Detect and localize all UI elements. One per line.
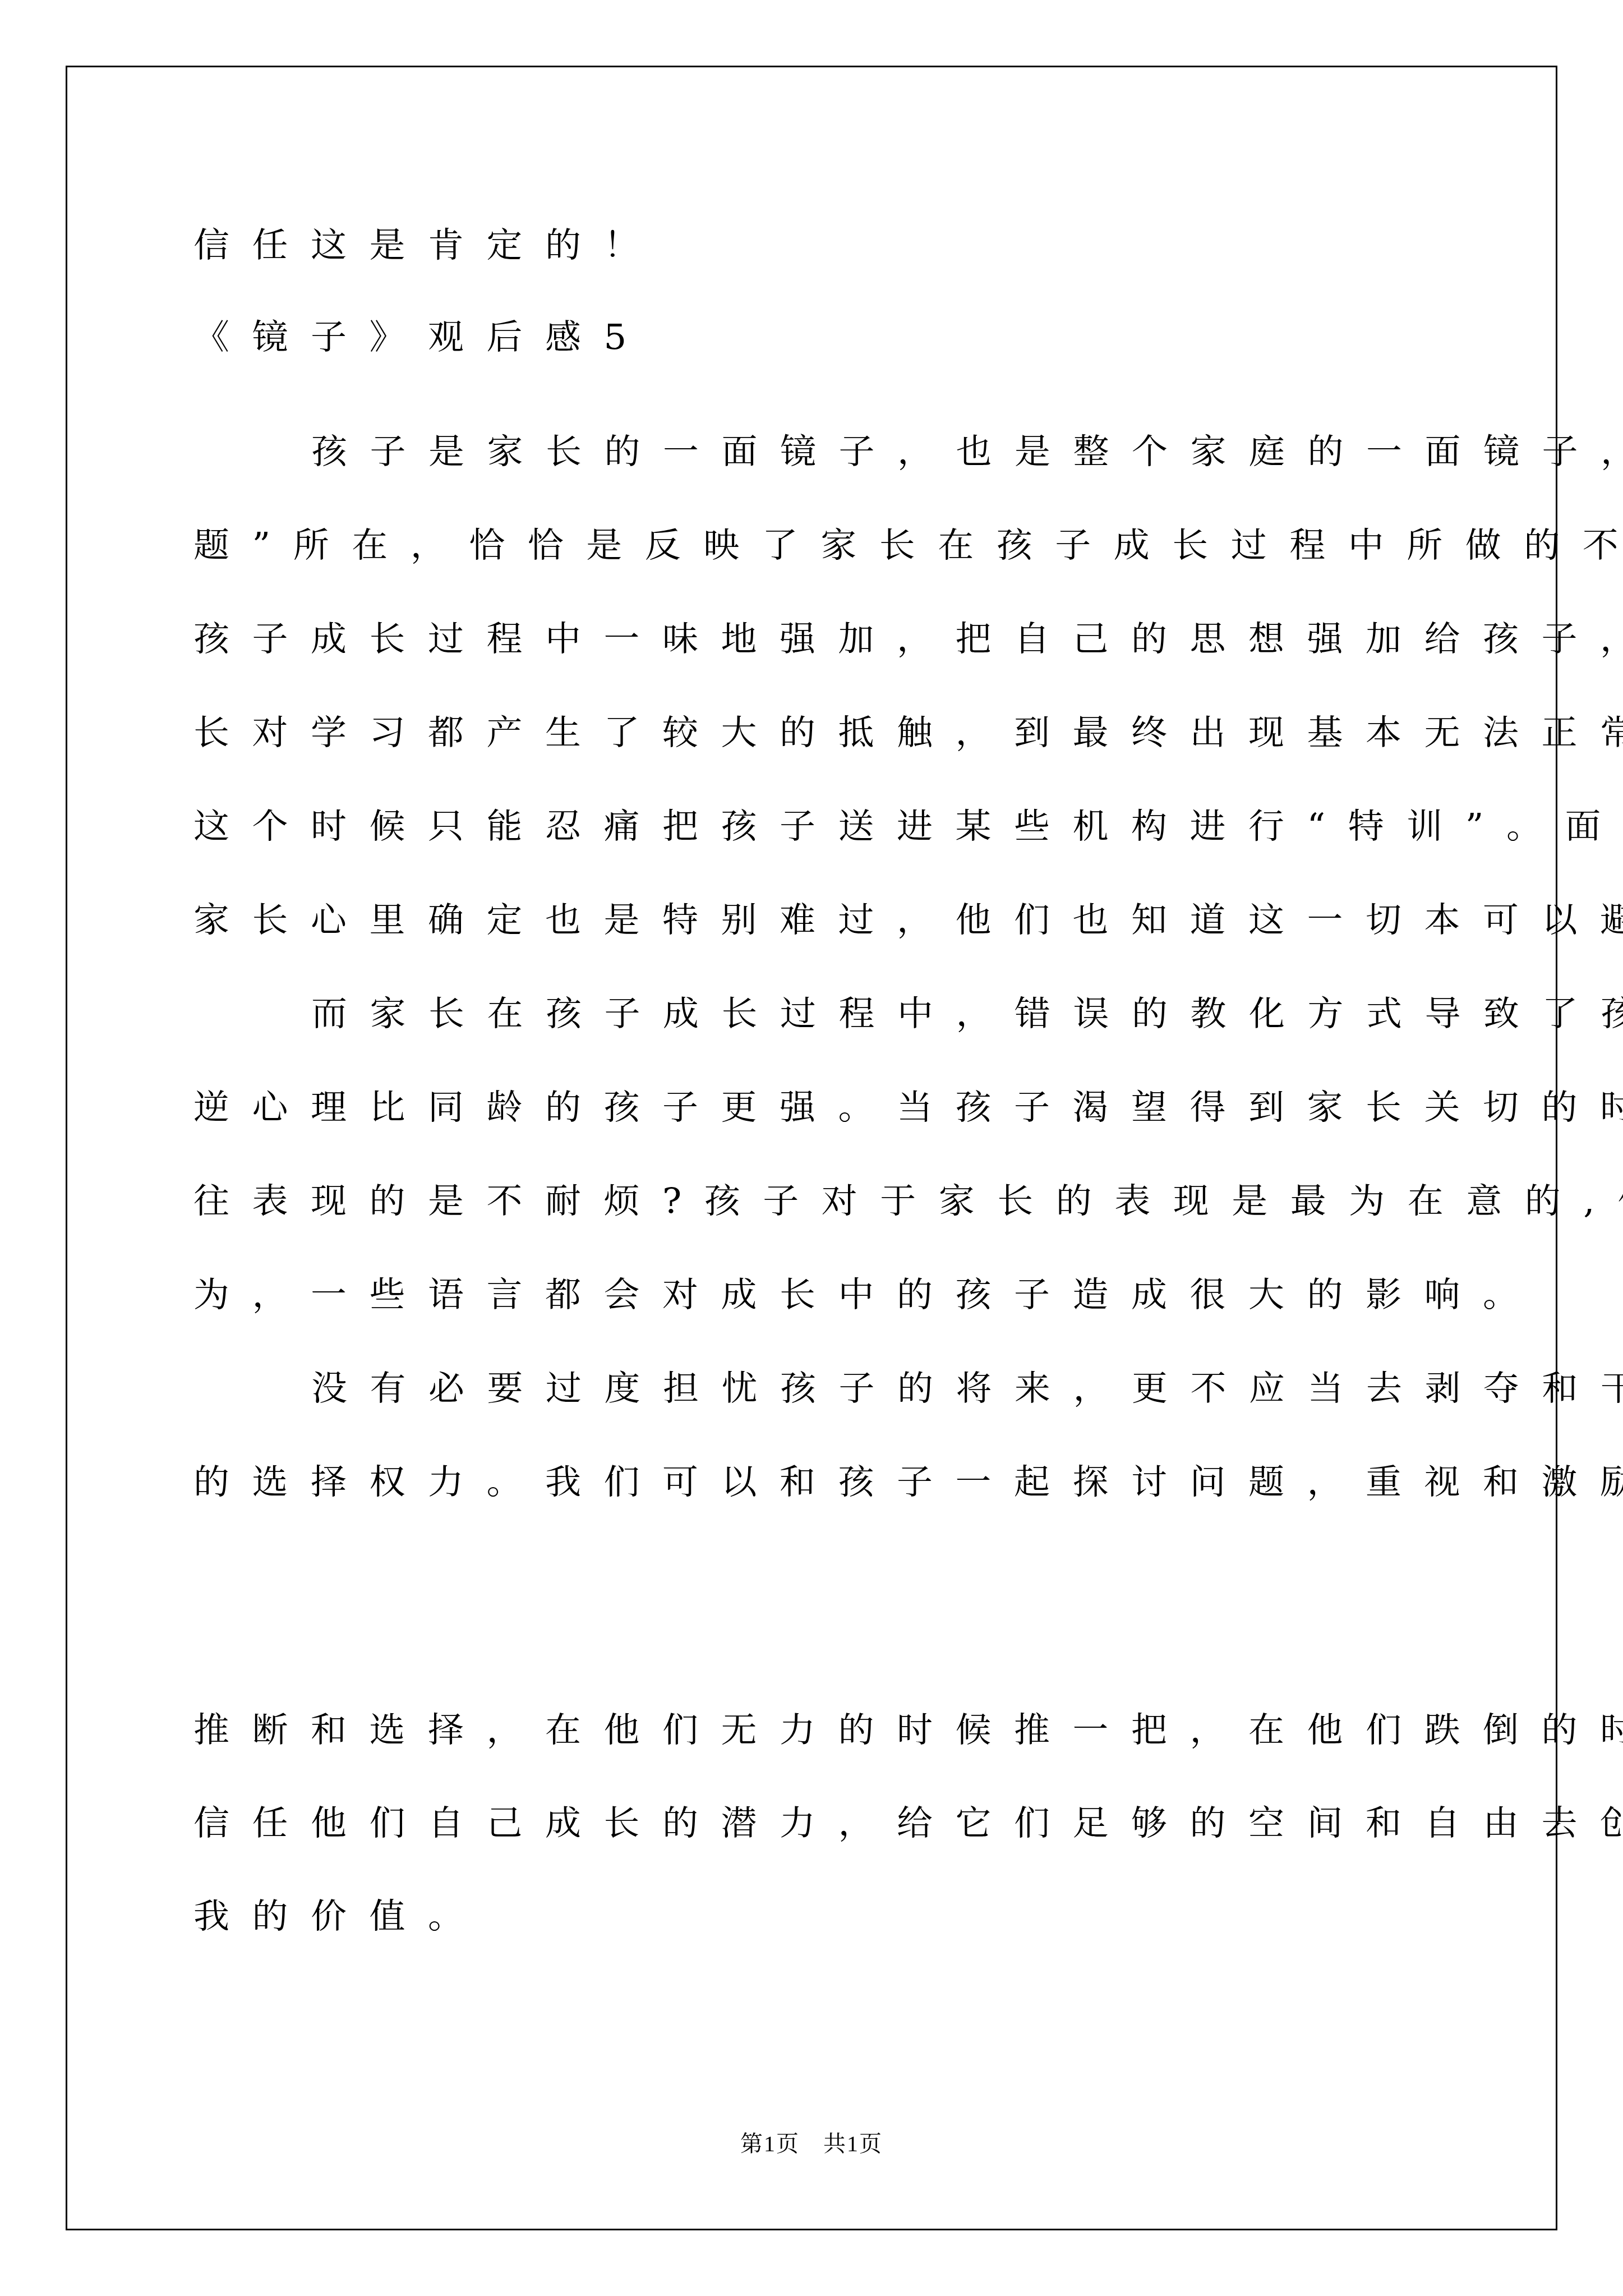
text-line: 没有必要过度担忧孩子的将来，更不应当去剥夺和干预孩子自主 <box>311 1372 1623 1406</box>
text-line: 为，一些语言都会对成长中的孩子造成很大的影响。 <box>193 1278 1542 1313</box>
text-line: 信任这是肯定的！ <box>193 229 662 263</box>
text-line: 推断和选择，在他们无力的时候推一把，在他们跌倒的时候赐予激励， <box>193 1714 1623 1748</box>
text-line: 孩子成长过程中一味地强加，把自己的思想强加给孩子，让他们对家 <box>193 623 1623 657</box>
text-line: 逆心理比同龄的孩子更强。当孩子渴望得到家长关切的时候，你们往 <box>193 1091 1623 1125</box>
text-line: 长对学习都产生了较大的抵触，到最终出现基本无法正常沟通的局面。 <box>193 716 1623 751</box>
section-title: 《镜子》观后感5 <box>193 321 649 355</box>
text-line: 家长心里确定也是特别难过，他们也知道这一切本可以避开，但…… <box>193 904 1623 938</box>
text-line: 题”所在，恰恰是反映了家长在孩子成长过程中所做的不足。家长在 <box>193 529 1623 563</box>
text-line: 往表现的是不耐烦?孩子对于家长的表现是最为在意的,你们的一些行 <box>193 1185 1623 1219</box>
text-line: 的选择权力。我们可以和孩子一起探讨问题，重视和激励孩子的独立 <box>193 1466 1623 1500</box>
text-line: 而家长在孩子成长过程中，错误的教化方式导致了孩子过早的叛 <box>311 997 1623 1032</box>
text-line: 我的价值。 <box>193 1900 487 1934</box>
text-line: 这个时候只能忍痛把孩子送进某些机构进行“特训”。面对图中的场景， <box>193 810 1623 844</box>
text-line: 信任他们自己成长的潜力，给它们足够的空间和自由去创建和实现自 <box>193 1807 1623 1841</box>
text-line: 孩子是家长的一面镜子，也是整个家庭的一面镜子，孩子的“问 <box>311 435 1623 470</box>
page-footer: 第1页 共1页 <box>0 2132 1623 2156</box>
